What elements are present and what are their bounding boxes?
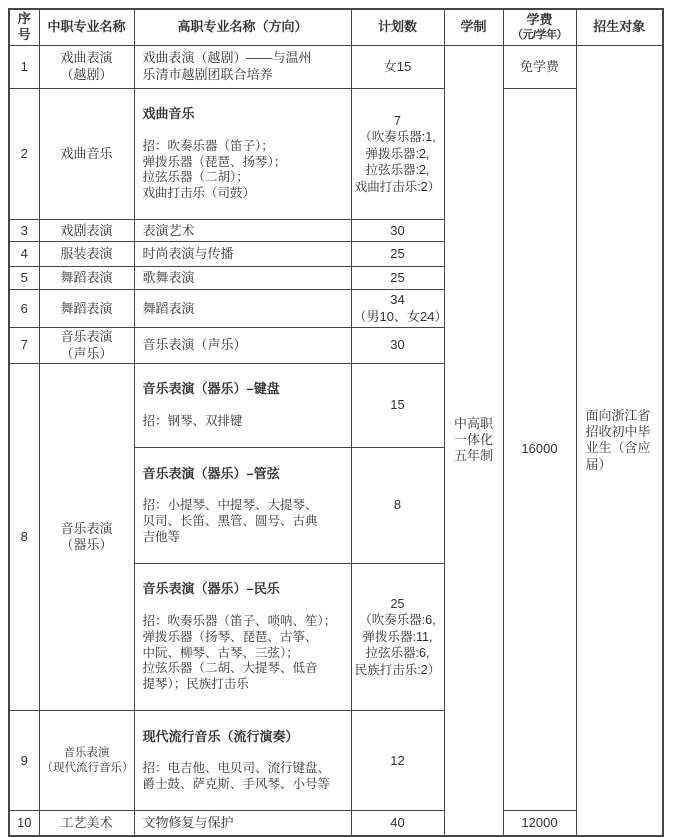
mid-major-cell: 服装表演 bbox=[39, 242, 134, 267]
high-major-cell: 歌舞表演 bbox=[134, 267, 351, 290]
plan-cell: 女15 bbox=[351, 45, 444, 88]
header-seq: 序号 bbox=[9, 9, 39, 45]
high-major-detail: 招：吹奏乐器（笛子）； 弹拨乐器（琵琶、扬琴）； 拉弦乐器（二胡）； 戏曲打击乐… bbox=[143, 139, 349, 202]
seq-cell: 5 bbox=[9, 267, 39, 290]
high-major-title: 音乐表演（器乐）–民乐 bbox=[143, 581, 349, 597]
plan-cell: 34 （男10、女24） bbox=[351, 290, 444, 328]
header-target: 招生对象 bbox=[576, 9, 663, 45]
high-major-cell: 舞蹈表演 bbox=[134, 290, 351, 328]
plan-cell: 30 bbox=[351, 220, 444, 242]
seq-cell: 7 bbox=[9, 328, 39, 364]
high-major-cell: 戏曲音乐 招：吹奏乐器（笛子）； 弹拨乐器（琵琶、扬琴）； 拉弦乐器（二胡）； … bbox=[134, 88, 351, 220]
high-major-detail: 招：吹奏乐器（笛子、唢呐、笙）； 弹拨乐器（扬琴、琵琶、古筝、 中阮、柳琴、古琴… bbox=[143, 614, 349, 693]
high-major-detail: 招：钢琴、双排键 bbox=[143, 414, 349, 430]
high-major-cell: 时尚表演与传播 bbox=[134, 242, 351, 267]
tuition-last-cell: 12000 bbox=[503, 811, 576, 836]
mid-major-cell: 工艺美术 bbox=[39, 811, 134, 836]
high-major-cell: 音乐表演（器乐）–民乐 招：吹奏乐器（笛子、唢呐、笙）； 弹拨乐器（扬琴、琵琶、… bbox=[134, 564, 351, 711]
high-major-title: 音乐表演（器乐）–管弦 bbox=[143, 466, 349, 482]
mid-major-cell: 音乐表演 （声乐） bbox=[39, 328, 134, 364]
seq-cell: 10 bbox=[9, 811, 39, 836]
seq-cell: 3 bbox=[9, 220, 39, 242]
plan-cell: 25 bbox=[351, 242, 444, 267]
high-major-detail: 招：电吉他、电贝司、流行键盘、 爵士鼓、萨克斯、手风琴、小号等 bbox=[143, 761, 349, 793]
high-major-cell: 文物修复与保护 bbox=[134, 811, 351, 836]
seq-cell: 9 bbox=[9, 711, 39, 811]
tuition-free-cell: 免学费 bbox=[503, 45, 576, 88]
tuition-main-cell: 16000 bbox=[503, 88, 576, 811]
header-plan-count: 计划数 bbox=[351, 9, 444, 45]
mid-major-cell: 戏曲表演 （越剧） bbox=[39, 45, 134, 88]
high-major-cell: 音乐表演（声乐） bbox=[134, 328, 351, 364]
high-major-cell: 音乐表演（器乐）–管弦 招：小提琴、中提琴、大提琴、 贝司、长笛、黑管、圆号、古… bbox=[134, 448, 351, 564]
high-major-title: 现代流行音乐（流行演奏） bbox=[143, 729, 349, 745]
table-row: 1 戏曲表演 （越剧） 戏曲表演（越剧）——与温州 乐清市越剧团联合培养 女15… bbox=[9, 45, 663, 88]
high-major-title: 戏曲音乐 bbox=[143, 106, 349, 122]
plan-cell: 30 bbox=[351, 328, 444, 364]
header-tuition: 学费 （元/学年） bbox=[503, 9, 576, 45]
mid-major-cell: 音乐表演 （器乐） bbox=[39, 364, 134, 711]
table-header-row: 序号 中职专业名称 高职专业名称（方向） 计划数 学制 学费 （元/学年） 招生… bbox=[9, 9, 663, 45]
plan-cell: 7 （吹奏乐器:1, 弹拨乐器:2, 拉弦乐器:2, 戏曲打击乐:2） bbox=[351, 88, 444, 220]
high-major-detail: 招：小提琴、中提琴、大提琴、 贝司、长笛、黑管、圆号、古典 吉他等 bbox=[143, 498, 349, 545]
mid-major-cell: 舞蹈表演 bbox=[39, 290, 134, 328]
mid-major-cell: 音乐表演 （现代流行音乐） bbox=[39, 711, 134, 811]
mid-major-cell: 戏剧表演 bbox=[39, 220, 134, 242]
admissions-plan-table: 序号 中职专业名称 高职专业名称（方向） 计划数 学制 学费 （元/学年） 招生… bbox=[8, 8, 664, 837]
seq-cell: 6 bbox=[9, 290, 39, 328]
seq-cell: 1 bbox=[9, 45, 39, 88]
high-major-title: 音乐表演（器乐）–键盘 bbox=[143, 381, 349, 397]
mid-major-cell: 戏曲音乐 bbox=[39, 88, 134, 220]
high-major-cell: 音乐表演（器乐）–键盘 招：钢琴、双排键 bbox=[134, 364, 351, 448]
plan-cell: 8 bbox=[351, 448, 444, 564]
header-tuition-line2: （元/学年） bbox=[506, 29, 574, 43]
header-high-major: 高职专业名称（方向） bbox=[134, 9, 351, 45]
seq-cell: 4 bbox=[9, 242, 39, 267]
header-tuition-line1: 学费 bbox=[506, 12, 574, 28]
plan-cell: 15 bbox=[351, 364, 444, 448]
target-merged-cell: 面向浙江省 招收初中毕 业生（含应 届） bbox=[576, 45, 663, 836]
plan-cell: 12 bbox=[351, 711, 444, 811]
table-row: 2 戏曲音乐 戏曲音乐 招：吹奏乐器（笛子）； 弹拨乐器（琵琶、扬琴）； 拉弦乐… bbox=[9, 88, 663, 220]
high-major-cell: 现代流行音乐（流行演奏） 招：电吉他、电贝司、流行键盘、 爵士鼓、萨克斯、手风琴… bbox=[134, 711, 351, 811]
plan-cell: 40 bbox=[351, 811, 444, 836]
plan-cell: 25 （吹奏乐器:6, 弹拨乐器:11, 拉弦乐器:6, 民族打击乐:2） bbox=[351, 564, 444, 711]
table-row: 10 工艺美术 文物修复与保护 40 12000 bbox=[9, 811, 663, 836]
high-major-cell: 表演艺术 bbox=[134, 220, 351, 242]
mid-major-cell: 舞蹈表演 bbox=[39, 267, 134, 290]
high-major-cell: 戏曲表演（越剧）——与温州 乐清市越剧团联合培养 bbox=[134, 45, 351, 88]
plan-cell: 25 bbox=[351, 267, 444, 290]
header-mid-major: 中职专业名称 bbox=[39, 9, 134, 45]
schooling-merged-cell: 中高职 一体化 五年制 bbox=[444, 45, 503, 836]
seq-cell: 2 bbox=[9, 88, 39, 220]
header-schooling: 学制 bbox=[444, 9, 503, 45]
seq-cell: 8 bbox=[9, 364, 39, 711]
